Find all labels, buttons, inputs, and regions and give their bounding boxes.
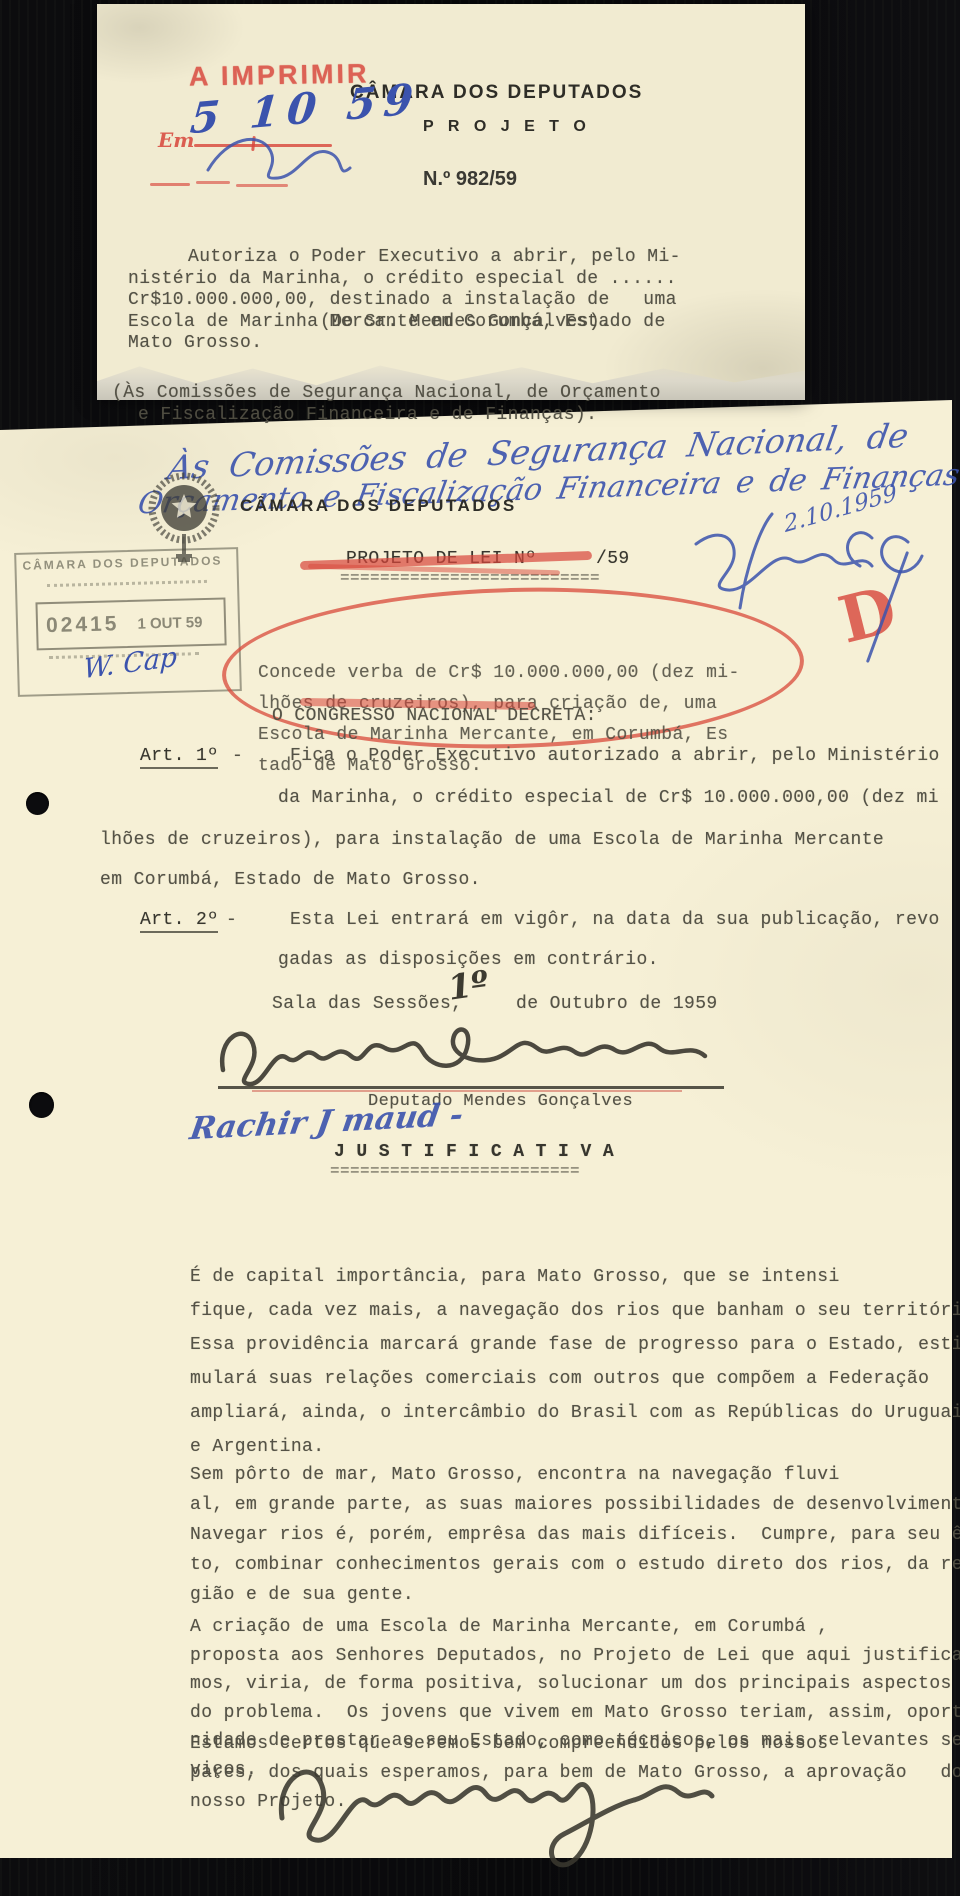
visto-rubric-signature [200, 128, 360, 188]
card-author-line: (Do Sr. Mendes Gonçalves). [320, 312, 611, 332]
punch-hole-top [26, 792, 49, 815]
bill-title-year: /59 [596, 549, 630, 569]
enacting-clause: O CONGRESSO NACIONAL DECRETA: [272, 706, 597, 726]
article-1-dash: - [232, 746, 243, 766]
red-dash-1 [150, 183, 190, 186]
article-1-line-3: lhões de cruzeiros), para instalação de … [100, 830, 884, 850]
punch-hole-bottom [29, 1092, 54, 1118]
session-line-prefix: Sala das Sessões, [272, 994, 462, 1014]
article-1-line-1: Fica o Poder Executivo autorizado a abri… [290, 746, 940, 766]
session-line-suffix: de Outubro de 1959 [516, 994, 718, 1014]
stamp-number: 02415 [38, 612, 120, 638]
stamp-dots-top [47, 580, 207, 587]
article-1-line-2: da Marinha, o crédito especial de Cr$ 10… [278, 788, 939, 808]
article-2-dash: - [226, 910, 237, 930]
article-1-line-4: em Corumbá, Estado de Mato Grosso. [100, 870, 481, 890]
session-day-handwriting: 1º [445, 963, 491, 1008]
signature-underline [218, 1086, 724, 1089]
justification-rule: ========================= [330, 1162, 620, 1180]
page-org-name: CÂMARA DOS DEPUTADOS [240, 496, 517, 516]
stamp-header: CÂMARA DOS DEPUTADOS [22, 554, 222, 573]
scanned-document: A IMPRIMIR CÂMARA DOS DEPUTADOS 5 10 59 … [0, 0, 960, 1896]
stamp-date: 1 OUT 59 [137, 614, 202, 633]
card-doc-type: P R O J E T O [423, 118, 591, 136]
article-1-label: Art. 1º [140, 746, 218, 769]
stamp-number-box: 02415 1 OUT 59 [35, 597, 226, 650]
justification-title: J U S T I F I C A T I V A [334, 1142, 614, 1162]
receipt-stamp: CÂMARA DOS DEPUTADOS 02415 1 OUT 59 W. C… [14, 547, 242, 697]
em-label: Em [158, 128, 194, 152]
deputy-signature [215, 1018, 715, 1090]
final-signature [272, 1748, 722, 1873]
red-dash-3 [236, 184, 288, 187]
red-dash-2 [196, 181, 230, 184]
card-doc-number: N.º 982/59 [423, 168, 517, 191]
article-2-line-1: Esta Lei entrará em vigôr, na data da su… [290, 910, 940, 930]
article-2-label: Art. 2º [140, 910, 218, 933]
